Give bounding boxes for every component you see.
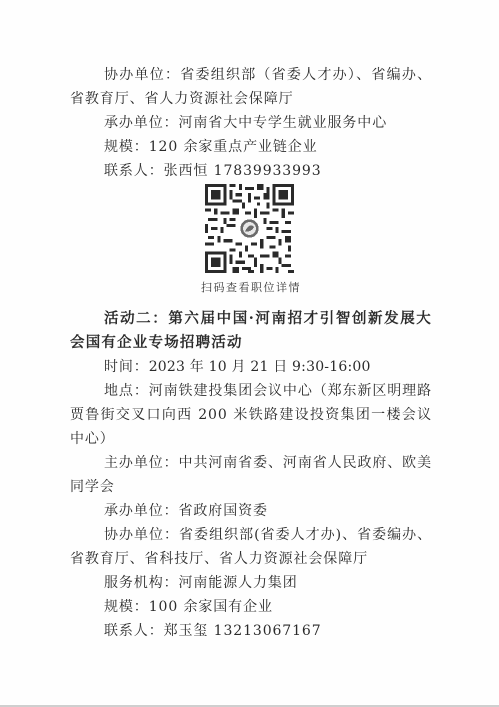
qr-code-icon[interactable] xyxy=(205,184,294,273)
contact-label: 联系人： xyxy=(104,163,164,179)
scale-label: 规模： xyxy=(104,139,149,155)
co-organizer-line-2: 协办单位：省委组织部(省委人才办)、省委编办、省教育厅、省科技厅、省人力资源社会… xyxy=(70,523,432,571)
contact-label-2: 联系人： xyxy=(104,623,164,639)
contact-line: 联系人：张西恒 17839933993 xyxy=(70,159,432,183)
organizer-value-2: 省政府国资委 xyxy=(179,503,268,519)
scale-line-2: 规模：100 余家国有企业 xyxy=(70,595,432,619)
organizer-label: 承办单位： xyxy=(104,115,179,131)
scale-value: 120 余家重点产业链企业 xyxy=(149,139,318,155)
scale-value-2: 100 余家国有企业 xyxy=(149,599,273,615)
co-organizer-label-2: 协办单位： xyxy=(104,527,179,543)
co-organizer-line: 协办单位：省委组织部（省委人才办）、省编办、省教育厅、省人力资源社会保障厅 xyxy=(70,63,432,111)
contact-value-2: 郑玉玺 13213067167 xyxy=(164,623,322,639)
service-agency-label: 服务机构： xyxy=(104,575,179,591)
organizer-line-2: 承办单位：省政府国资委 xyxy=(70,499,432,523)
location-line: 地点：河南铁建投集团会议中心（郑东新区明理路贾鲁街交叉口向西 200 米铁路建设… xyxy=(70,379,432,451)
time-label: 时间： xyxy=(104,359,149,375)
scale-label-2: 规模： xyxy=(104,599,149,615)
document-page: 协办单位：省委组织部（省委人才办）、省编办、省教育厅、省人力资源社会保障厅 承办… xyxy=(0,0,499,704)
organizer-value: 河南省大中专学生就业服务中心 xyxy=(179,115,388,131)
document-content: 协办单位：省委组织部（省委人才办）、省编办、省教育厅、省人力资源社会保障厅 承办… xyxy=(70,63,432,643)
scale-line: 规模：120 余家重点产业链企业 xyxy=(70,135,432,159)
time-line: 时间：2023 年 10 月 21 日 9:30-16:00 xyxy=(70,355,432,379)
organizer-line: 承办单位：河南省大中专学生就业服务中心 xyxy=(70,111,432,135)
contact-line-2: 联系人：郑玉玺 13213067167 xyxy=(70,619,432,643)
qr-caption: 扫码查看职位详情 xyxy=(70,279,432,295)
contact-value: 张西恒 17839933993 xyxy=(164,163,322,179)
host-line: 主办单位：中共河南省委、河南省人民政府、欧美同学会 xyxy=(70,451,432,499)
co-organizer-label: 协办单位： xyxy=(104,67,180,83)
host-label: 主办单位： xyxy=(104,455,179,471)
activity-two-title: 活动二：第六届中国·河南招才引智创新发展大会国有企业专场招聘活动 xyxy=(70,307,432,355)
service-agency-line: 服务机构：河南能源人力集团 xyxy=(70,571,432,595)
service-agency-value: 河南能源人力集团 xyxy=(179,575,298,591)
time-value: 2023 年 10 月 21 日 9:30-16:00 xyxy=(149,359,371,375)
organizer-label-2: 承办单位： xyxy=(104,503,179,519)
location-label: 地点： xyxy=(104,383,149,399)
qr-block: 扫码查看职位详情 xyxy=(70,183,432,307)
